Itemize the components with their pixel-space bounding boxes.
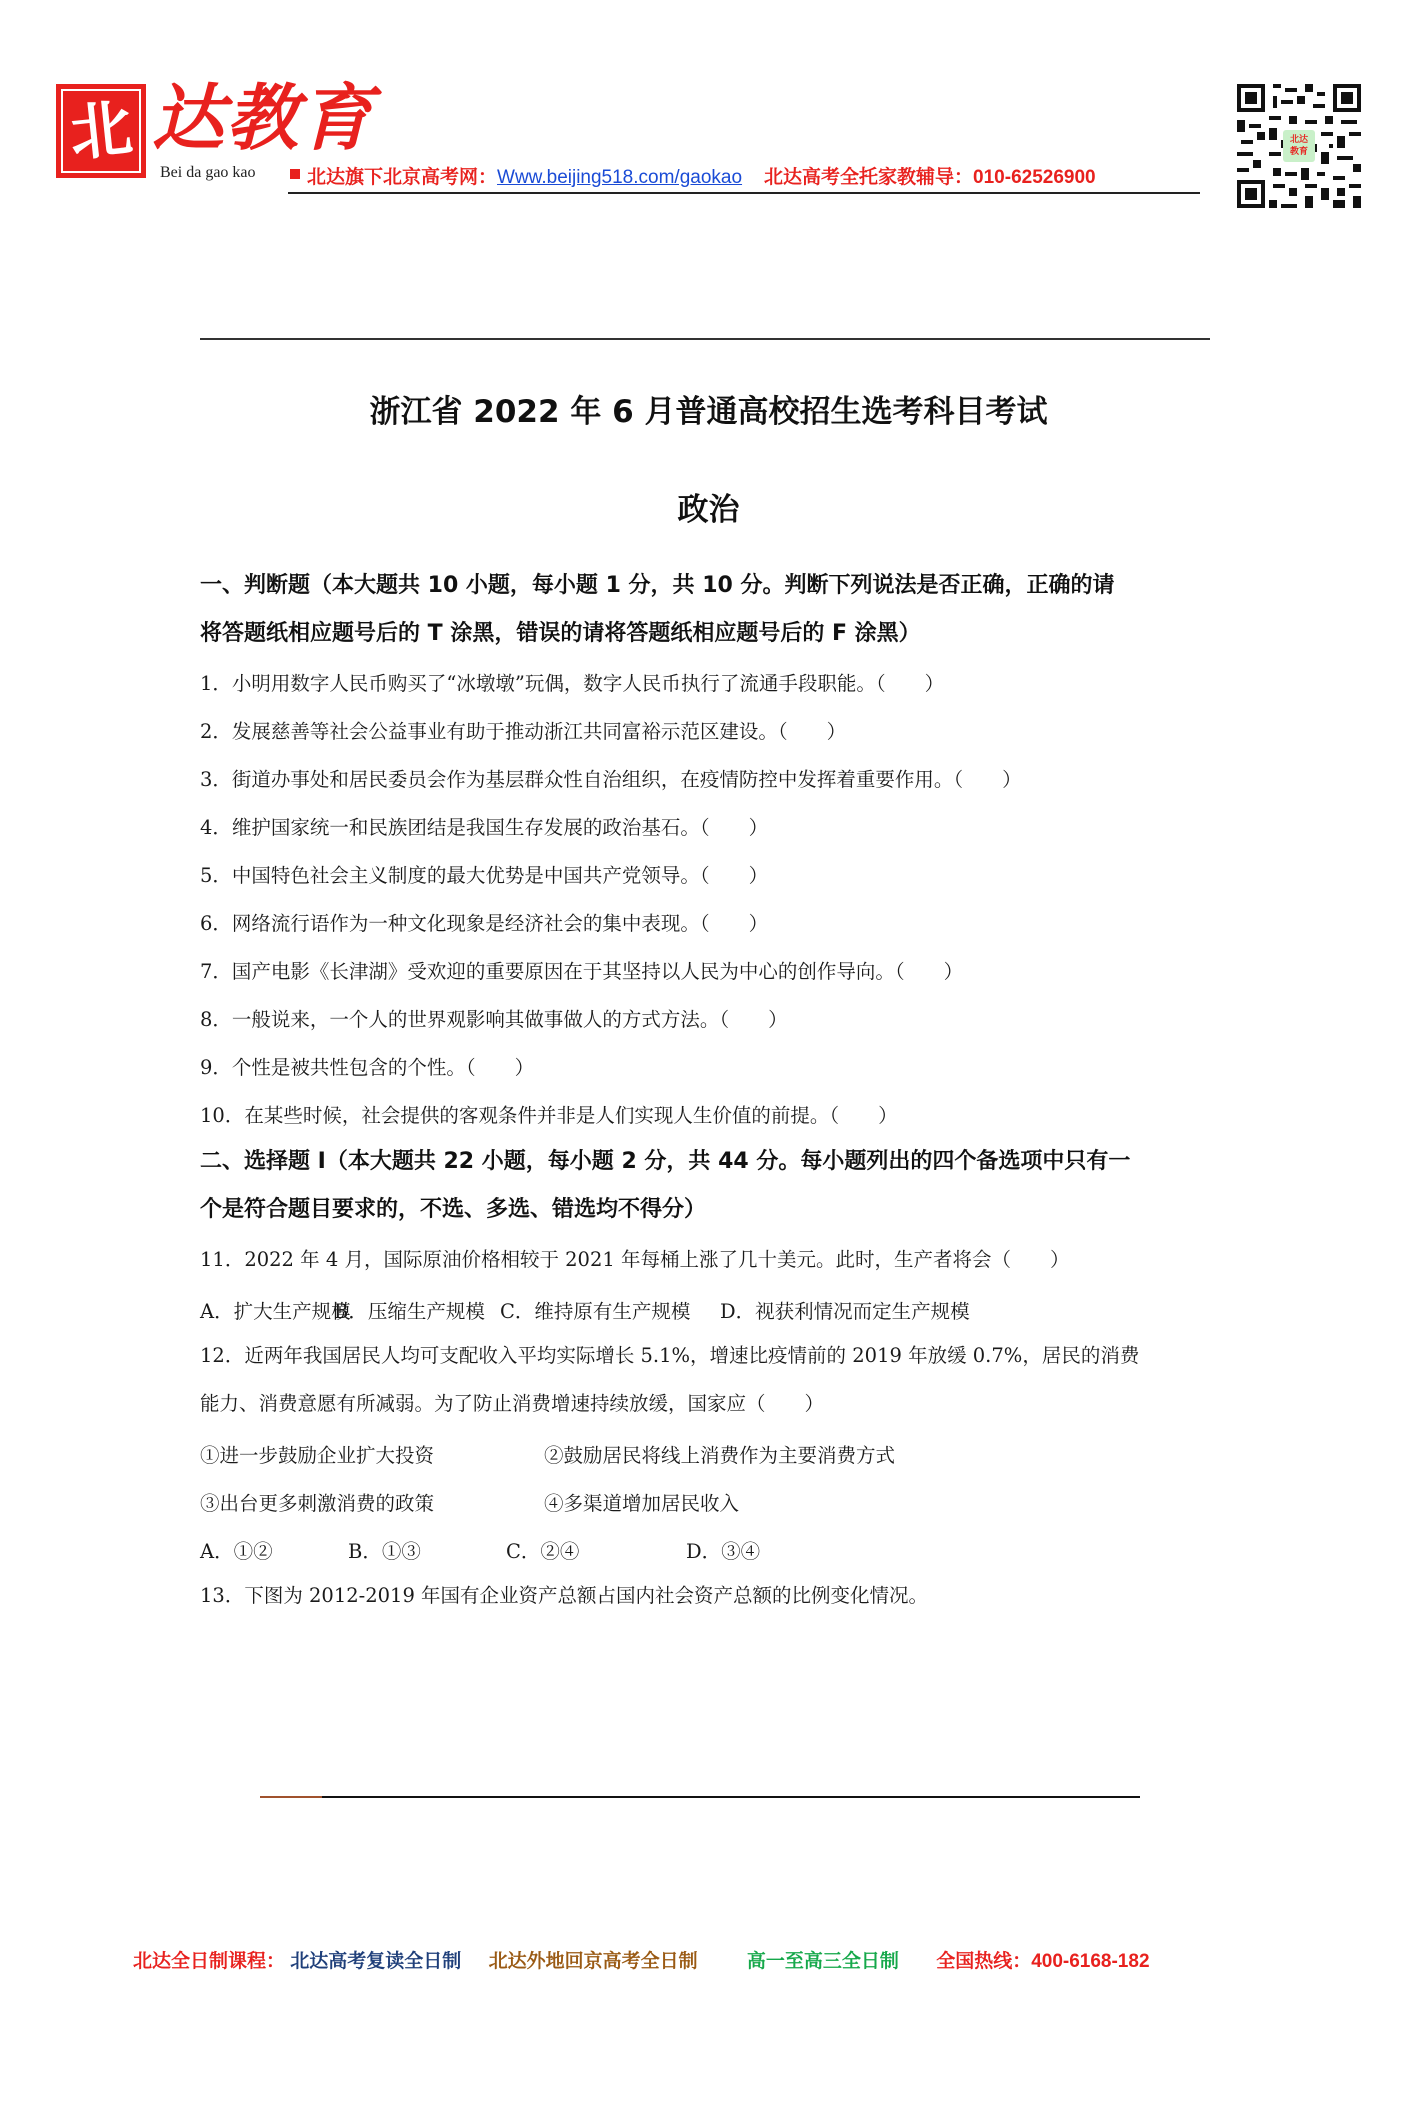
question-11-options: A．扩大生产规模 B．压缩生产规模 C．维持原有生产规模 D．视获利情况而定生产… [200, 1296, 970, 1324]
question-4: 4．维护国家统一和民族团结是我国生存发展的政治基石。（ ） [200, 816, 1220, 840]
question-2: 2．发展慈善等社会公益事业有助于推动浙江共同富裕示范区建设。（ ） [200, 720, 1220, 744]
logo-seal-char: 北 [67, 97, 135, 165]
header-contact-line: 北达旗下北京高考网：Www.beijing518.com/gaokao北达高考全… [307, 162, 1096, 189]
site-link[interactable]: Www.beijing518.com/gaokao [497, 167, 742, 188]
logo-seal: 北 [56, 84, 146, 178]
question-5: 5．中国特色社会主义制度的最大优势是中国共产党领导。（ ） [200, 864, 1220, 888]
footer-item-return-beijing: 北达外地回京高考全日制 [489, 1946, 698, 1973]
question-12-items-row1: ①进一步鼓励企业扩大投资 ②鼓励居民将线上消费作为主要消费方式 [200, 1440, 895, 1468]
option-a: A．①② [200, 1536, 348, 1564]
question-8: 8．一般说来，一个人的世界观影响其做事做人的方式方法。（ ） [200, 1008, 1220, 1032]
header-divider [288, 192, 1200, 194]
section-1-heading: 一、判断题（本大题共 10 小题，每小题 1 分，共 10 分。判断下列说法是否… [200, 562, 1220, 658]
footer-label: 北达全日制课程： [133, 1946, 285, 1973]
question-1: 1．小明用数字人民币购买了“冰墩墩”玩偶，数字人民币执行了流通手段职能。（ ） [200, 672, 1220, 696]
qr-center-logo: 北达 教育 [1283, 130, 1315, 162]
option-d: D．视获利情况而定生产规模 [720, 1296, 970, 1324]
footer-item-repeat-fulltime: 北达高考复读全日制 [290, 1946, 461, 1973]
question-7: 7．国产电影《长津湖》受欢迎的重要原因在于其坚持以人民为中心的创作导向。（ ） [200, 960, 1220, 984]
option-d: D．③④ [686, 1536, 760, 1564]
question-12-items-row2: ③出台更多刺激消费的政策 ④多渠道增加居民收入 [200, 1488, 739, 1516]
bullet-square-icon [290, 169, 300, 179]
question-3: 3．街道办事处和居民委员会作为基层群众性自治组织，在疫情防控中发挥着重要作用。（… [200, 768, 1220, 792]
exam-title: 浙江省 2022 年 6 月普通高校招生选考科目考试 [0, 386, 1417, 431]
exam-subject: 政治 [0, 484, 1417, 529]
footer-courses: 北达全日制课程： 北达高考复读全日制 北达外地回京高考全日制 高一至高三全日制 … [133, 1946, 1150, 1973]
site-label: 北达旗下北京高考网： [307, 167, 497, 188]
footer-divider-accent [260, 1796, 322, 1798]
item-3: ③出台更多刺激消费的政策 [200, 1488, 544, 1516]
question-13-stem: 13．下图为 2012-2019 年国有企业资产总额占国内社会资产总额的比例变化… [200, 1584, 1220, 1608]
option-c: C．维持原有生产规模 [500, 1296, 720, 1324]
option-c: C．②④ [506, 1536, 686, 1564]
logo-text: 达教育 [152, 82, 374, 154]
footer-divider [260, 1796, 1140, 1798]
question-10: 10．在某些时候，社会提供的客观条件并非是人们实现人生价值的前提。（ ） [200, 1104, 1220, 1128]
question-9: 9．个性是被共性包含的个性。（ ） [200, 1056, 1220, 1080]
tutor-hotline: 北达高考全托家教辅导：010-62526900 [764, 167, 1096, 188]
section-2-heading: 二、选择题 I（本大题共 22 小题，每小题 2 分，共 44 分。每小题列出的… [200, 1138, 1220, 1234]
option-b: B．压缩生产规模 [334, 1296, 500, 1324]
question-12-stem-line1: 12．近两年我国居民人均可支配收入平均实际增长 5.1%，增速比疫情前的 201… [200, 1344, 1220, 1368]
footer-hotline: 全国热线：400-6168-182 [936, 1946, 1149, 1973]
question-6: 6．网络流行语作为一种文化现象是经济社会的集中表现。（ ） [200, 912, 1220, 936]
question-12-options: A．①② B．①③ C．②④ D．③④ [200, 1536, 760, 1564]
qr-code-icon: 北达 教育 [1233, 80, 1365, 212]
footer-item-high-school: 高一至高三全日制 [747, 1946, 899, 1973]
item-1: ①进一步鼓励企业扩大投资 [200, 1440, 544, 1468]
item-2: ②鼓励居民将线上消费作为主要消费方式 [544, 1440, 895, 1468]
item-4: ④多渠道增加居民收入 [544, 1488, 739, 1516]
option-b: B．①③ [348, 1536, 506, 1564]
question-11-stem: 11．2022 年 4 月，国际原油价格相较于 2021 年每桶上涨了几十美元。… [200, 1248, 1220, 1272]
question-12-stem-line2: 能力、消费意愿有所减弱。为了防止消费增速持续放缓，国家应（ ） [200, 1392, 1220, 1416]
option-a: A．扩大生产规模 [200, 1296, 334, 1324]
logo-subtitle: Bei da gao kao [160, 164, 256, 182]
title-divider [200, 338, 1210, 340]
